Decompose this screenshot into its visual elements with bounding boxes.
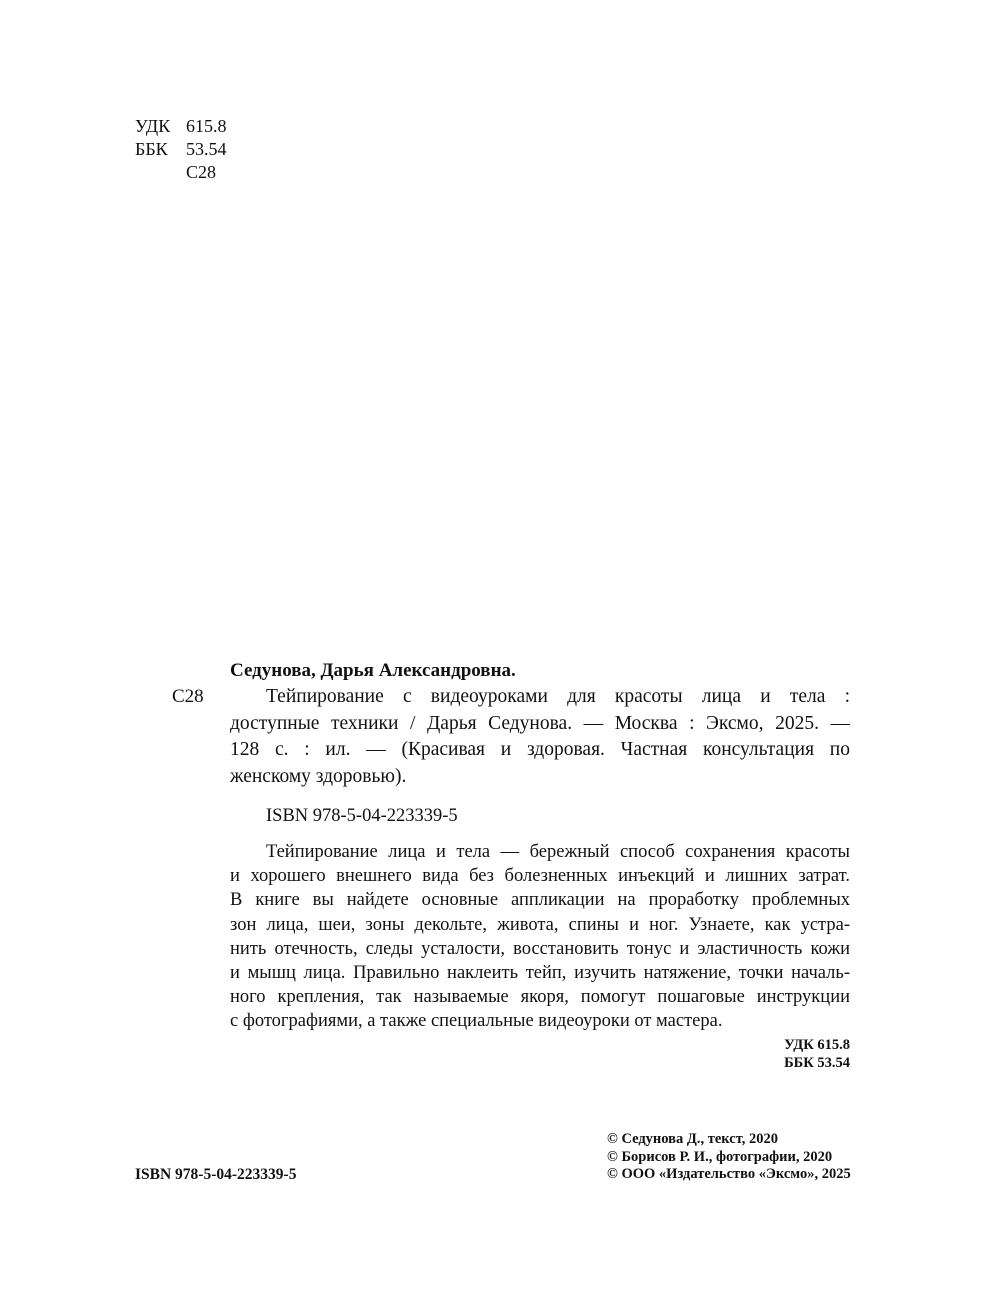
isbn-bottom: ISBN 978-5-04-223339-5	[135, 1165, 296, 1185]
classification-indices-top: УДК 615.8 ББК 53.54 С28	[135, 115, 227, 184]
copyright-photos: © Борисов Р. И., фотографии, 2020	[607, 1149, 851, 1167]
copyright-text: © Седунова Д., текст, 2020	[607, 1131, 851, 1149]
entry-cutter-mark: С28	[172, 684, 204, 710]
udk-bottom: УДК 615.8	[784, 1037, 850, 1055]
annotation-line: зон лица, шеи, зоны декольте, живота, сп…	[230, 913, 850, 937]
author-cutter-mark: С28	[186, 161, 216, 184]
bbk-row: ББК 53.54	[135, 138, 227, 161]
annotation-line: и хорошего внешнего вида без болезненных…	[230, 864, 850, 888]
udk-value: 615.8	[186, 115, 227, 138]
cutter-row: С28	[135, 161, 227, 184]
bbk-label: ББК	[135, 138, 186, 161]
annotation-line: и мышц лица. Правильно наклеить тейп, из…	[230, 961, 850, 985]
entry-isbn: ISBN 978-5-04-223339-5	[266, 804, 458, 828]
annotation-line: с фотографиями, а также специальные виде…	[230, 1009, 850, 1033]
copyright-publisher: © ООО «Издательство «Эксмо», 2025	[607, 1166, 851, 1184]
annotation-line: В книге вы найдете основные аппликации н…	[230, 888, 850, 912]
classification-indices-bottom: УДК 615.8 ББК 53.54	[784, 1037, 850, 1072]
entry-line: 128 с. : ил. — (Красивая и здоровая. Час…	[230, 737, 850, 764]
udk-row: УДК 615.8	[135, 115, 227, 138]
bbk-bottom: ББК 53.54	[784, 1055, 850, 1073]
entry-line: Тейпирование с видеоуроками для красоты …	[230, 684, 850, 711]
annotation-line: ного крепления, так называемые якоря, по…	[230, 985, 850, 1009]
udk-label: УДК	[135, 115, 186, 138]
annotation-paragraph: Тейпирование лица и тела — бережный спос…	[230, 840, 850, 1034]
bbk-value: 53.54	[186, 138, 227, 161]
copyright-notices: © Седунова Д., текст, 2020 © Борисов Р. …	[607, 1131, 851, 1184]
author-heading: Седунова, Дарья Александровна.	[230, 658, 516, 684]
annotation-line: Тейпирование лица и тела — бережный спос…	[230, 840, 850, 864]
annotation-line: нить отечность, следы усталости, восстан…	[230, 937, 850, 961]
entry-line: женскому здоровью).	[230, 764, 850, 791]
entry-line: доступные техники / Дарья Седунова. — Мо…	[230, 711, 850, 738]
bibliographic-description: Тейпирование с видеоуроками для красоты …	[230, 684, 850, 790]
